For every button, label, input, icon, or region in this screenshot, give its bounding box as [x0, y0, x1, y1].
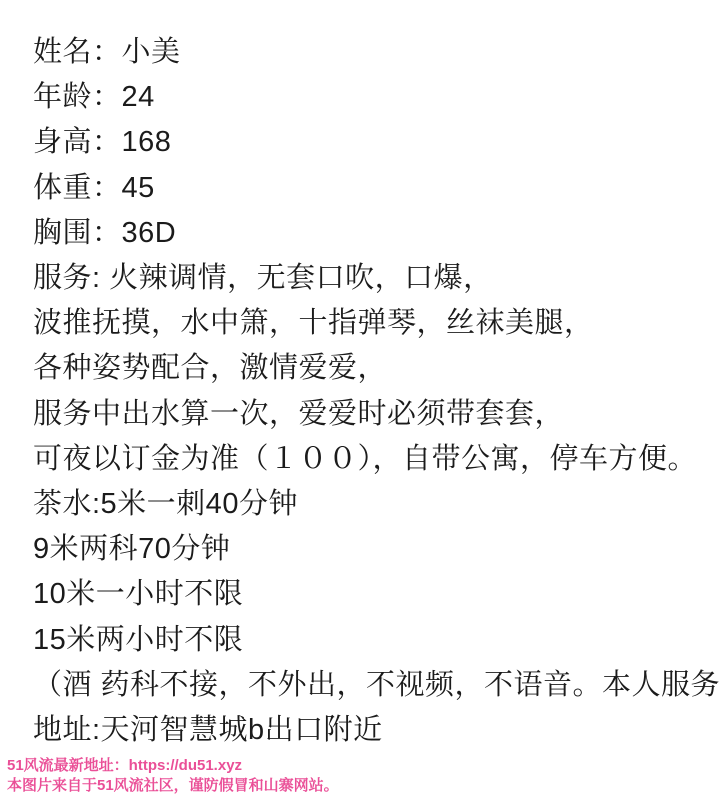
ad-line-price-3: 10米一小时不限 [33, 572, 708, 617]
ad-line-price-4: 15米两小时不限 [33, 618, 708, 663]
ad-line-services-2: 波推抚摸，水中箫，十指弹琴，丝袜美腿， [33, 301, 708, 346]
ad-line-services-1: 服务: 火辣调情，无套口吹，口爆， [33, 256, 708, 301]
watermark-site-url: 51风流最新地址：https://du51.xyz [7, 756, 339, 776]
watermark-disclaimer: 本图片来自于51风流社区，谨防假冒和山寨网站。 [7, 776, 339, 796]
ad-line-deposit: 可夜以订金为准（１００），自带公寓，停车方便。 [33, 437, 708, 482]
ad-line-address: 地址:天河智慧城b出口附近 [33, 708, 708, 753]
ad-line-price-2: 9米两科70分钟 [33, 527, 708, 572]
ad-line-weight: 体重：45 [33, 166, 708, 211]
ad-line-services-3: 各种姿势配合，激情爱爱， [33, 346, 708, 391]
ad-line-age: 年龄：24 [33, 75, 708, 120]
ad-line-bust: 胸围：36D [33, 211, 708, 256]
ad-line-restrictions: （酒 药科不接，不外出，不视频，不语音。本人服务 [33, 663, 708, 708]
ad-text-block: 姓名：小美 年龄：24 身高：168 体重：45 胸围：36D 服务: 火辣调情… [0, 0, 726, 753]
ad-line-price-1: 茶水:5米一刺40分钟 [33, 482, 708, 527]
ad-line-name: 姓名：小美 [33, 30, 708, 75]
ad-line-height: 身高：168 [33, 120, 708, 165]
ad-line-services-4: 服务中出水算一次，爱爱时必须带套套， [33, 392, 708, 437]
watermark-block: 51风流最新地址：https://du51.xyz 本图片来自于51风流社区，谨… [7, 756, 339, 796]
